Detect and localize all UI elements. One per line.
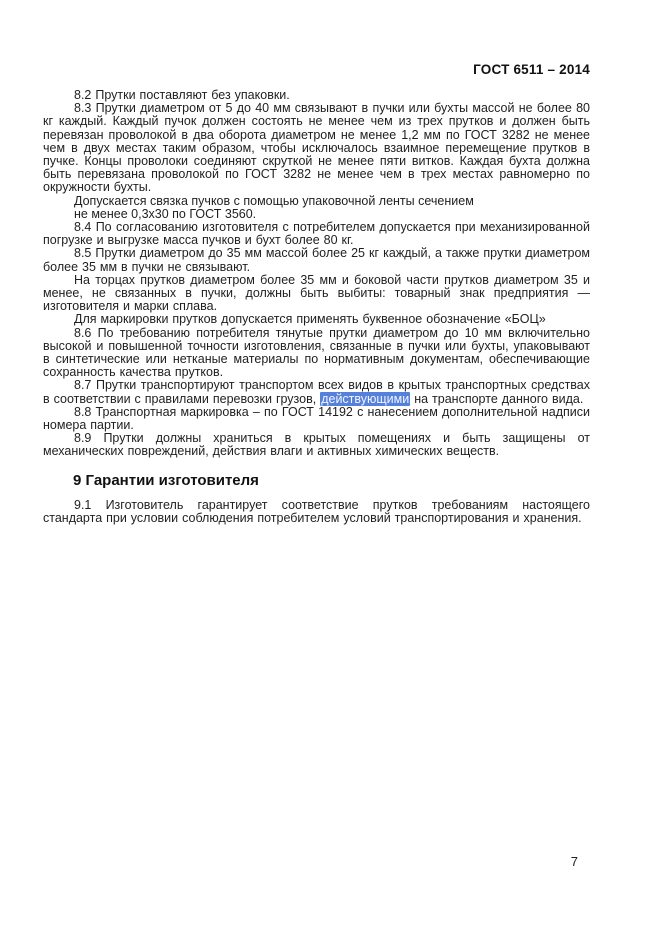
document-page: ГОСТ 6511 – 2014 8.2 Прутки поставляют б… xyxy=(0,0,661,936)
paragraph-8-5-stamping: На торцах прутков диаметром более 35 мм … xyxy=(43,274,590,314)
section-9-heading: 9 Гарантии изготовителя xyxy=(43,472,590,490)
paragraph-8-3-tape-line-1: Допускается связка пучков с помощью упак… xyxy=(43,195,590,208)
paragraph-8-9: 8.9 Прутки должны храниться в крытых пом… xyxy=(43,432,590,458)
paragraph-8-6: 8.6 По требованию потребителя тянутые пр… xyxy=(43,327,590,380)
selected-word-highlight: действующими xyxy=(320,392,410,406)
paragraph-8-5: 8.5 Прутки диаметром до 35 мм массой бол… xyxy=(43,247,590,273)
document-header-gost-number: ГОСТ 6511 – 2014 xyxy=(43,62,590,77)
paragraph-9-1: 9.1 Изготовитель гарантирует соответстви… xyxy=(43,499,590,525)
paragraph-8-3: 8.3 Прутки диаметром от 5 до 40 мм связы… xyxy=(43,102,590,194)
paragraph-8-7: 8.7 Прутки транспортируют транспортом вс… xyxy=(43,379,590,405)
paragraph-8-5-marking: Для маркировки прутков допускается приме… xyxy=(43,313,590,326)
paragraph-8-7-text-after: на транспорте данного вида. xyxy=(410,392,583,406)
paragraph-8-4: 8.4 По согласованию изготовителя с потре… xyxy=(43,221,590,247)
paragraph-8-8: 8.8 Транспортная маркировка – по ГОСТ 14… xyxy=(43,406,590,432)
page-number: 7 xyxy=(0,854,578,869)
document-content: ГОСТ 6511 – 2014 8.2 Прутки поставляют б… xyxy=(43,62,590,525)
